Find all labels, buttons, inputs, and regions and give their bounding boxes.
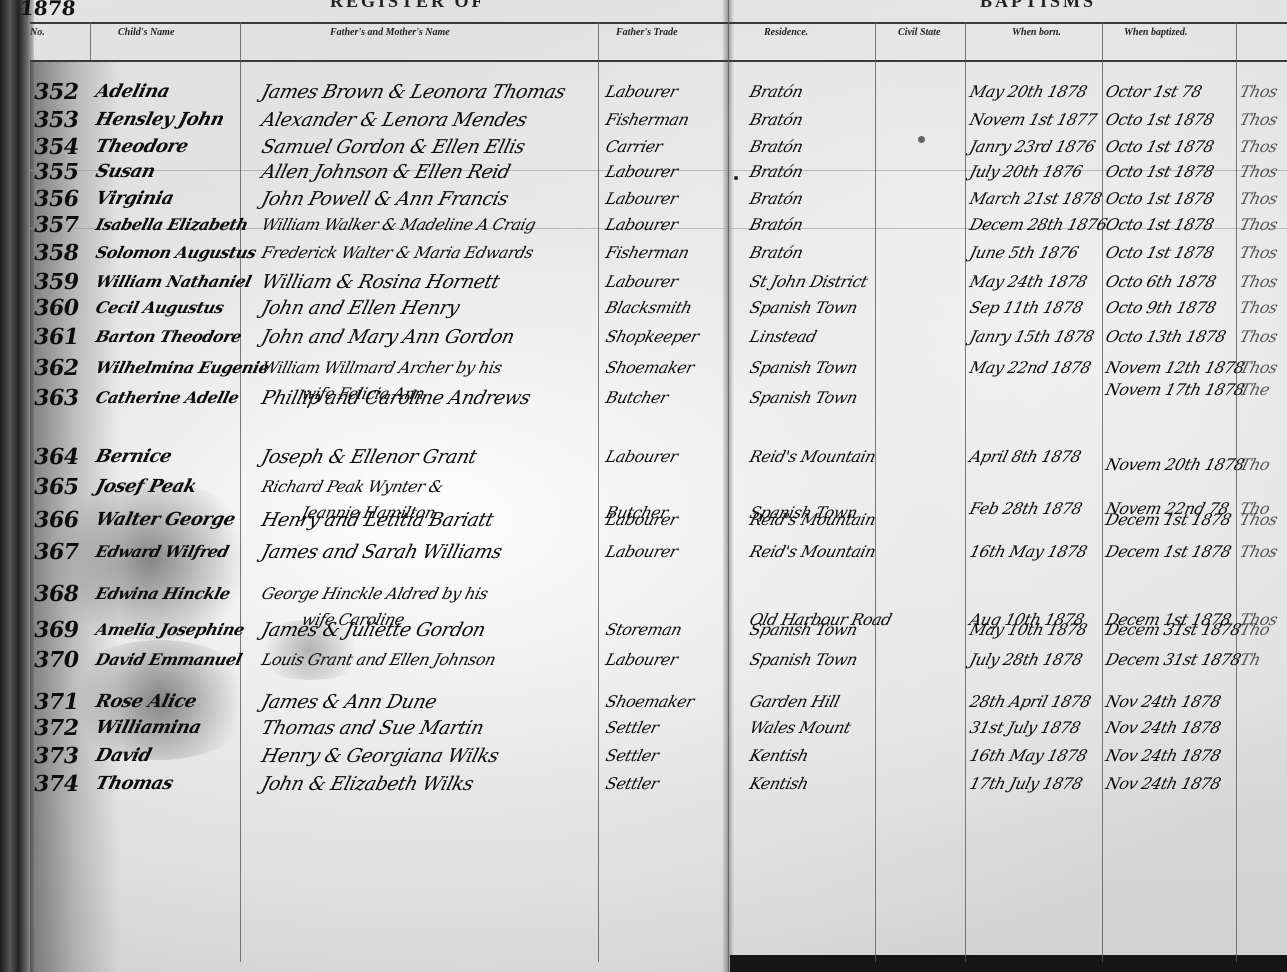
residence: Reid's Mountain [748,542,878,562]
residence: Kentish [748,746,811,766]
officiant: Thos [1238,358,1280,378]
parents-names: Richard Peak Wynter & [260,477,446,497]
baptism-date: Nov 24th 1878 [1104,718,1223,738]
officiant: Thos [1238,272,1280,292]
entry-number: 358 [32,243,80,263]
entry-number: 372 [32,718,80,738]
birth-date: 16th May 1878 [968,542,1089,562]
birth-date: May 20th 1878 [968,82,1089,102]
father-trade: Settler [604,718,661,738]
birth-date: Janry 23rd 1876 [968,137,1098,157]
residence: Reid's Mountain [748,447,878,467]
parents-names: George Hinckle Aldred by his [260,584,490,604]
birth-date: Novem 1st 1877 [968,110,1099,130]
officiant: Thos [1238,137,1280,157]
father-trade: Fisherman [604,110,691,130]
entry-number: 364 [32,447,80,467]
officiant: The [1238,380,1272,400]
child-name: Walter George [94,510,238,530]
birth-date: 28th April 1878 [968,692,1093,712]
parents-names: Joseph & Ellenor Grant [260,447,479,467]
parents-names: William Willmard Archer by his [260,358,504,378]
baptism-date: Octo 9th 1878 [1104,298,1218,318]
baptism-date: Octo 1st 1878 [1104,215,1216,235]
parents-names: James and Sarah Williams [260,542,504,562]
child-name: Wilhelmina Eugenie [94,358,271,378]
officiant: Thos [1238,542,1280,562]
entry-number: 369 [32,620,80,640]
column-divider [728,0,729,972]
entry-number: 355 [32,162,80,182]
residence: Spanish Town [748,620,860,640]
father-trade: Shoemaker [604,358,696,378]
column-divider [875,22,876,962]
column-header-residence: Residence. [764,27,808,38]
child-name: Rose Alice [94,692,199,712]
parents-names: Henry & Georgiana Wilks [260,746,501,766]
entry-number: 367 [32,542,80,562]
parents-names: Allen Johnson & Ellen Reid [260,162,513,182]
residence: Bratón [748,189,805,209]
officiant: Thos [1238,189,1280,209]
ink-dot [734,176,738,180]
father-trade: Labourer [604,650,680,670]
child-name: David Emmanuel [94,650,244,670]
baptism-date: Decem 1st 1878 [1104,510,1234,530]
officiant: Thos [1238,215,1280,235]
parents-names: John and Mary Ann Gordon [260,327,517,347]
officiant: Thos [1238,510,1280,530]
child-name: Catherine Adelle [94,388,241,408]
child-name: Theodore [94,137,190,157]
entry-number: 352 [32,82,80,102]
column-header-civil-state: Civil State [898,27,941,38]
child-name: Hensley John [94,110,226,130]
page-bottom-edge [730,955,1287,972]
officiant: Thos [1238,82,1280,102]
residence: Bratón [748,82,805,102]
ink-dot [918,136,925,143]
officiant: Thos [1238,327,1280,347]
residence: Bratón [748,137,805,157]
birth-date: May 24th 1878 [968,272,1089,292]
column-header-child-name: Child's Name [118,27,174,38]
header-bottom-rule [30,60,1287,62]
residence: Spanish Town [748,358,860,378]
baptism-date: Nov 24th 1878 [1104,692,1223,712]
parents-names: Frederick Walter & Maria Edwards [260,243,536,263]
father-trade: Labourer [604,189,680,209]
father-trade: Settler [604,746,661,766]
father-trade: Carrier [604,137,665,157]
baptism-date: Novem 20th 1878 [1104,455,1247,475]
father-trade: Labourer [604,510,680,530]
residence: Bratón [748,162,805,182]
entry-number: 360 [32,298,80,318]
residence: Kentish [748,774,811,794]
birth-date: Feb 28th 1878 [968,499,1084,519]
father-trade: Blacksmith [604,298,694,318]
baptism-date: Octo 6th 1878 [1104,272,1218,292]
father-trade: Shoemaker [604,692,696,712]
birth-date: Decem 28th 1876 [968,215,1109,235]
father-trade: Labourer [604,542,680,562]
birth-date: March 21st 1878 [968,189,1104,209]
entry-number: 362 [32,358,80,378]
father-trade: Shopkeeper [604,327,701,347]
residence: Bratón [748,243,805,263]
birth-date: May 10th 1878 [968,620,1089,640]
birth-date: May 22nd 1878 [968,358,1093,378]
father-trade: Storeman [604,620,684,640]
column-header-when-born: When born. [1012,27,1061,38]
column-header-father-trade: Father's Trade [616,27,678,38]
child-name: Virginia [94,189,176,209]
entry-number: 368 [32,584,80,604]
register-page: 1878 REGISTER OF BAPTISMS No. Child's Na… [0,0,1287,972]
officiant: Tho [1238,455,1272,475]
register-title-right: BAPTISMS [980,0,1096,12]
child-name: William Nathaniel [94,272,254,292]
birth-date: Janry 15th 1878 [968,327,1096,347]
residence: Wales Mount [748,718,853,738]
residence: Spanish Town [748,298,860,318]
entry-number: 370 [32,650,80,670]
birth-date: 17th July 1878 [968,774,1085,794]
father-trade: Labourer [604,447,680,467]
parents-names: Henry and Letitia Bariatt [260,510,496,530]
residence: Spanish Town [748,388,860,408]
column-header-no: No. [30,27,45,38]
register-year: 1878 [19,0,77,20]
column-divider [1236,22,1237,962]
parents-names: Samuel Gordon & Ellen Ellis [260,137,527,157]
column-divider [240,22,241,962]
column-header-when-baptized: When baptized. [1124,27,1187,38]
birth-date: 31st July 1878 [968,718,1083,738]
entry-number: 354 [32,137,80,157]
parents-names: Louis Grant and Ellen Johnson [260,650,498,670]
father-trade: Labourer [604,82,680,102]
entry-number: 366 [32,510,80,530]
officiant: Tho [1238,620,1272,640]
baptism-date: Octo 1st 1878 [1104,162,1216,182]
entry-number: 363 [32,388,80,408]
entry-number: 374 [32,774,80,794]
entry-number: 365 [32,477,80,497]
child-name: Edward Wilfred [94,542,231,562]
parents-names: Phillip and Caroline Andrews [260,388,533,408]
officiant: Thos [1238,110,1280,130]
column-divider [598,22,599,962]
header-top-rule [30,22,1287,24]
birth-date: July 20th 1876 [968,162,1085,182]
parents-names: Alexander & Lenora Mendes [260,110,529,130]
birth-date: April 8th 1878 [968,447,1083,467]
parents-names: William Walker & Madeline A Craig [260,215,538,235]
baptism-date: Novem 17th 1878 [1104,380,1247,400]
parents-names: James & Ann Dune [260,692,439,712]
father-trade: Labourer [604,272,680,292]
birth-date: Sep 11th 1878 [968,298,1085,318]
baptism-date: Octo 1st 1878 [1104,137,1216,157]
entry-number: 371 [32,692,80,712]
residence: Spanish Town [748,650,860,670]
column-divider [965,22,966,962]
parents-names: John and Ellen Henry [260,298,462,318]
baptism-date: Nov 24th 1878 [1104,774,1223,794]
father-trade: Labourer [604,215,680,235]
residence: Linstead [748,327,819,347]
child-name: Solomon Augustus [94,243,259,263]
child-name: Bernice [94,447,174,467]
father-trade: Settler [604,774,661,794]
baptism-date: Decem 1st 1878 [1104,542,1234,562]
parents-names: William & Rosina Hornett [260,272,502,292]
child-name: David [94,746,154,766]
baptism-date: Octo 13th 1878 [1104,327,1228,347]
entry-number: 359 [32,272,80,292]
father-trade: Butcher [604,388,670,408]
column-divider [90,22,91,60]
baptism-date: Decem 31st 1878 [1104,650,1243,670]
birth-date: 16th May 1878 [968,746,1089,766]
entry-number: 357 [32,215,80,235]
residence: Bratón [748,215,805,235]
baptism-date: Octo 1st 1878 [1104,189,1216,209]
officiant: Th [1238,650,1263,670]
child-name: Adelina [94,82,172,102]
officiant: Thos [1238,243,1280,263]
register-title-left: REGISTER OF [330,0,486,12]
residence: Reid's Mountain [748,510,878,530]
child-name: Amelia Josephine [94,620,247,640]
officiant: Thos [1238,162,1280,182]
residence: St John District [748,272,870,292]
baptism-date: Octo 1st 1878 [1104,243,1216,263]
birth-date: July 28th 1878 [968,650,1085,670]
father-trade: Fisherman [604,243,691,263]
column-header-parents: Father's and Mother's Name [330,27,450,38]
book-binding [0,0,34,972]
parents-names: James Brown & Leonora Thomas [260,82,568,102]
entry-number: 353 [32,110,80,130]
column-divider [1102,22,1103,962]
child-name: Josef Peak [94,477,199,497]
child-name: Edwina Hinckle [94,584,233,604]
baptism-date: Octo 1st 1878 [1104,110,1216,130]
parents-names: John & Elizabeth Wilks [260,774,476,794]
child-name: Williamina [94,718,204,738]
residence: Bratón [748,110,805,130]
father-trade: Labourer [604,162,680,182]
parents-names: John Powell & Ann Francis [260,189,511,209]
child-name: Isabella Elizabeth [94,215,251,235]
entry-number: 356 [32,189,80,209]
entry-number: 361 [32,327,80,347]
birth-date: June 5th 1876 [968,243,1081,263]
parents-names: James & Juliette Gordon [260,620,488,640]
child-name: Barton Theodore [94,327,244,347]
baptism-date: Nov 24th 1878 [1104,746,1223,766]
child-name: Thomas [94,774,175,794]
baptism-date: Novem 12th 1878 [1104,358,1247,378]
parents-names: Thomas and Sue Martin [260,718,486,738]
child-name: Susan [94,162,157,182]
child-name: Cecil Augustus [94,298,226,318]
officiant: Thos [1238,298,1280,318]
baptism-date: Decem 31st 1878 [1104,620,1243,640]
entry-number: 373 [32,746,80,766]
baptism-date: Octor 1st 78 [1104,82,1204,102]
residence: Garden Hill [748,692,842,712]
